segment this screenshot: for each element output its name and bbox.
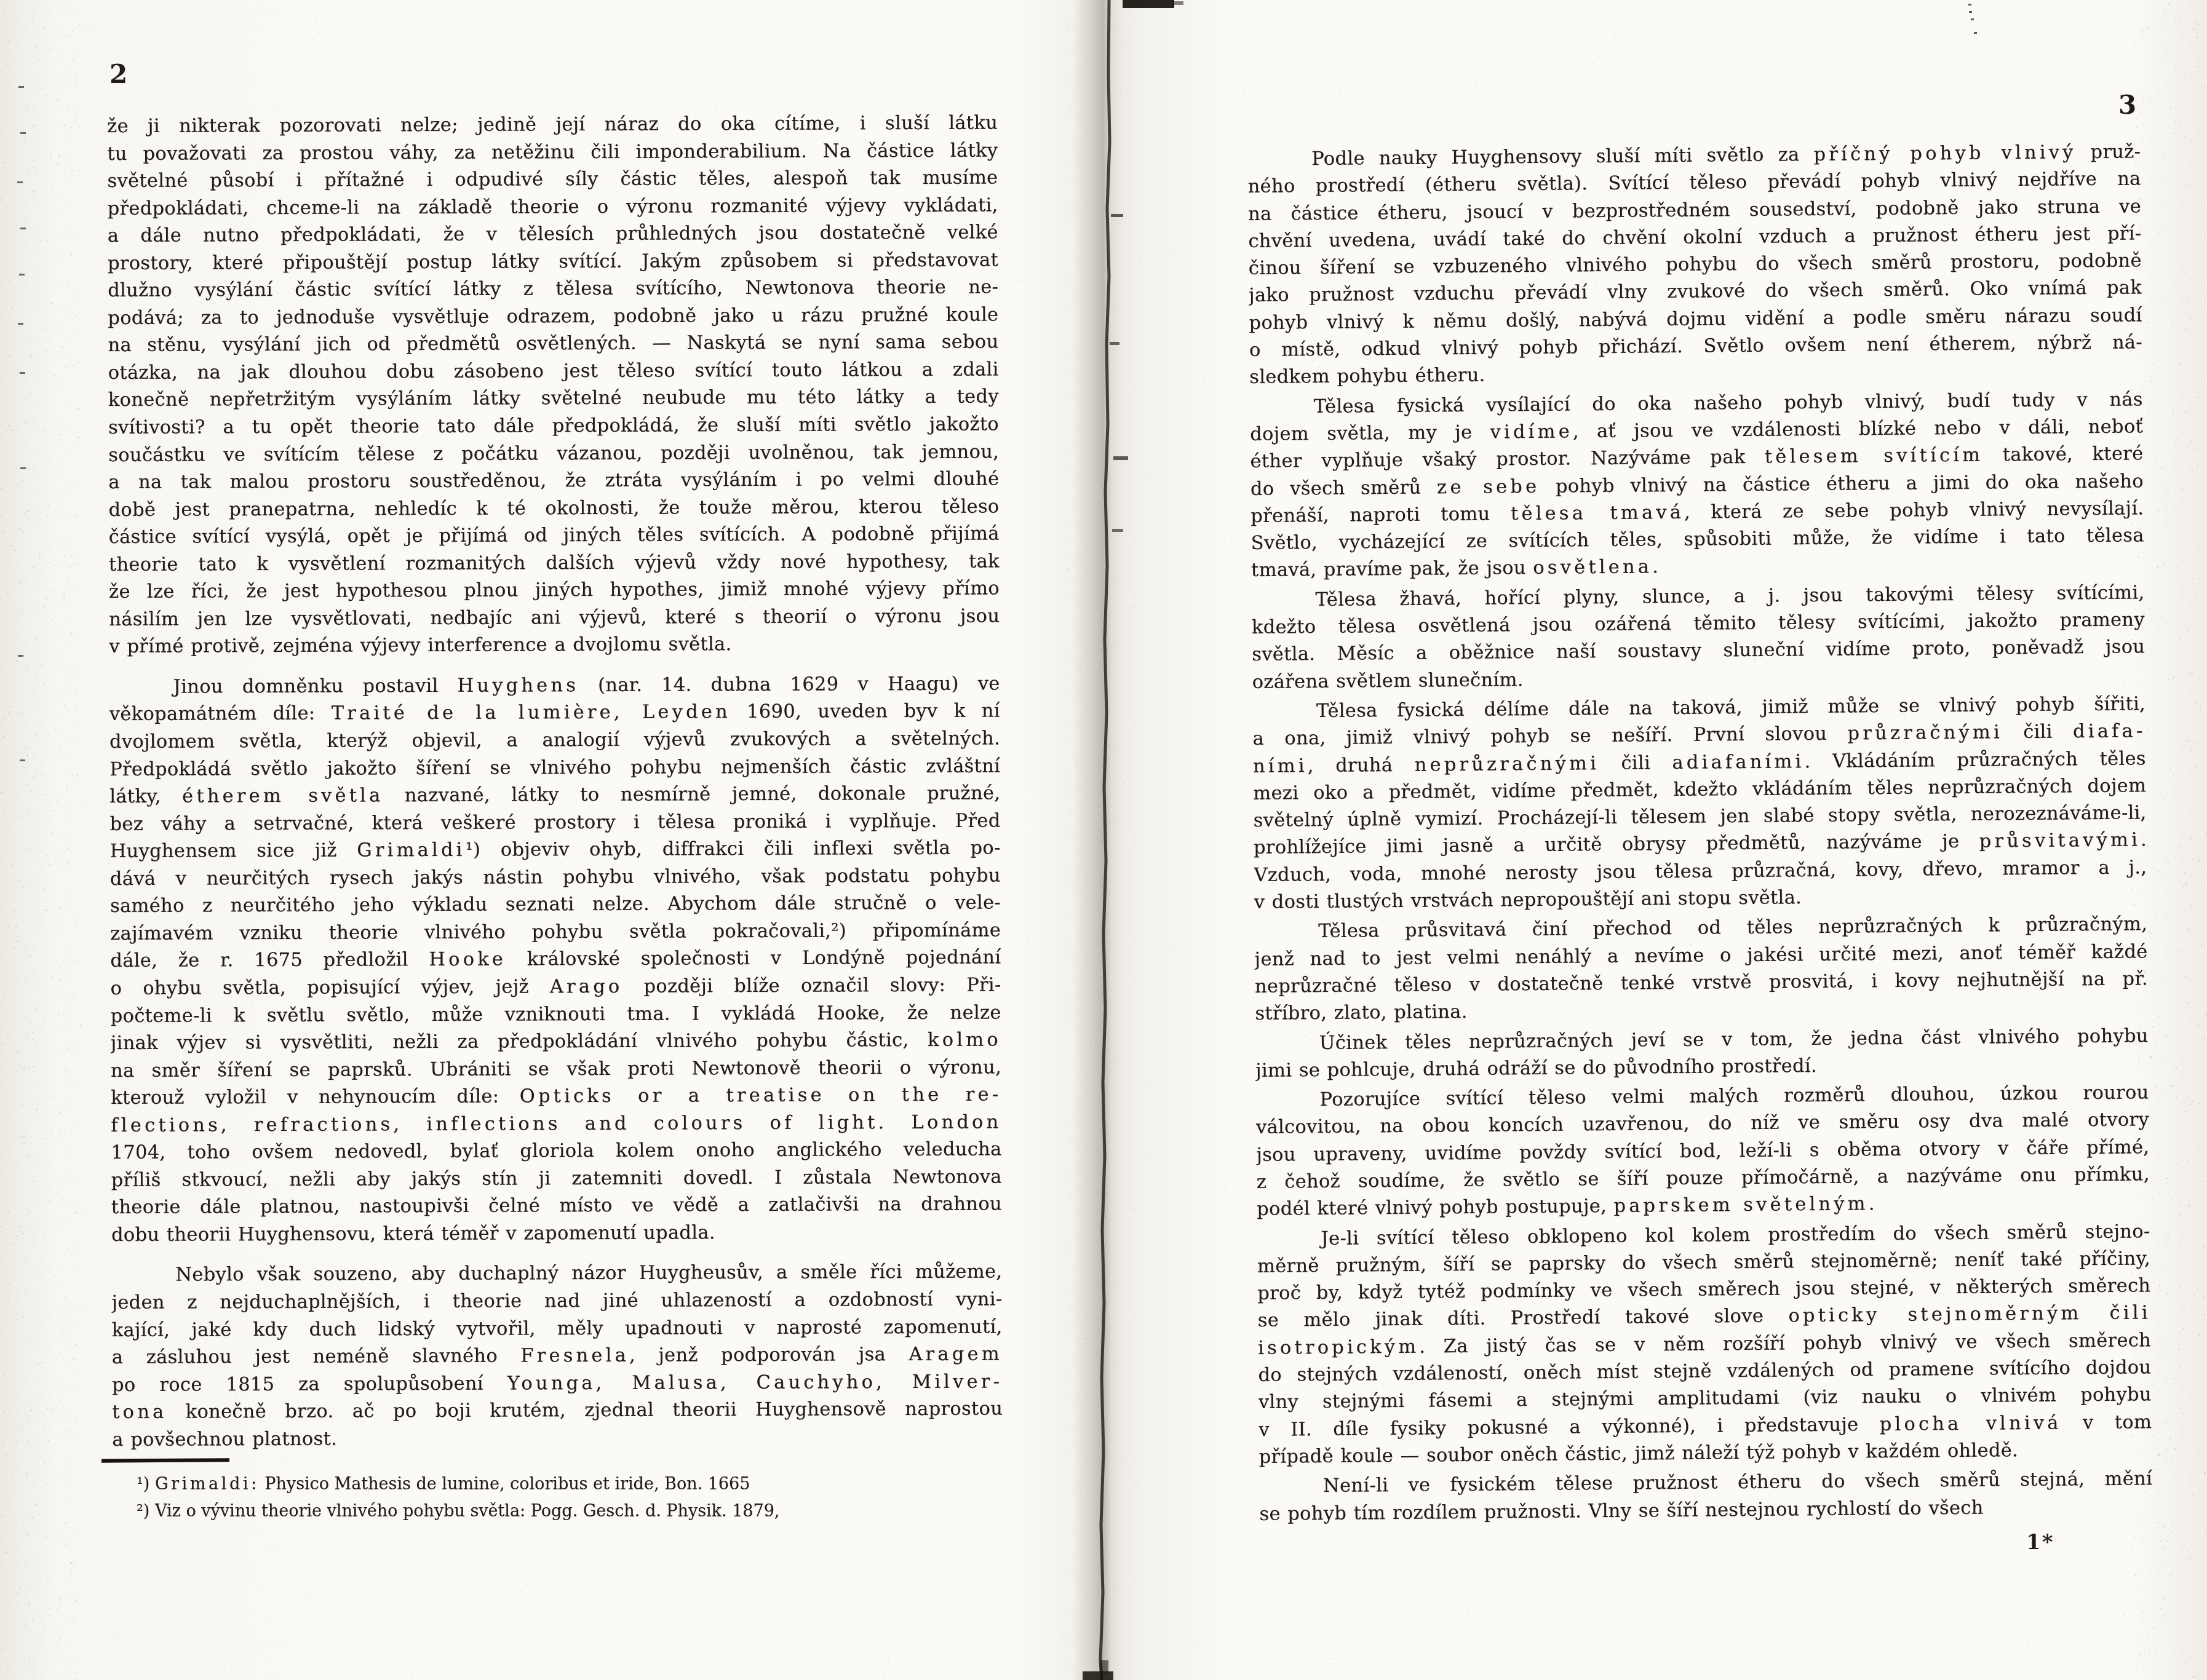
text-line: jinak výjev si vysvětliti, nežli za před…: [111, 1026, 1001, 1057]
letterspaced-run: Opticks or a treatise on the re-: [520, 1084, 1002, 1107]
letterspaced-run: Fresnela: [520, 1345, 629, 1367]
text-line: počteme-li k světlu světlo, může vznikno…: [111, 999, 1001, 1030]
gutter-shadow: [1073, 0, 1122, 1680]
text-line: kající, jaké kdy duch lidský vytvořil, m…: [112, 1313, 1003, 1344]
text-line: že ji nikterak pozorovati nelze; jedině …: [107, 109, 998, 140]
text-line: Předpokládá světlo jakožto šíření se vln…: [109, 753, 1000, 783]
letterspaced-run: étherem světla: [182, 785, 384, 807]
text-line: otázka, na jak dlouhou dobu zásobeno jes…: [108, 356, 999, 387]
letterspaced-run: neprůzračnými: [1414, 753, 1599, 776]
text-line: Jinou domněnku postavil Huyghens (nar. 1…: [109, 670, 1000, 701]
letterspaced-run: Younga, Malusa, Cauchyho, Milver-: [507, 1371, 1003, 1394]
letterspaced-run: Hooke: [429, 949, 506, 970]
text-line: dobu theorii Huyghensovu, která téměř v …: [111, 1218, 1002, 1249]
text-line: konečně nepřetržitým vysýláním látky svě…: [108, 384, 999, 414]
text-line: v přímé protivě, zejména výjevy interfer…: [109, 630, 1000, 661]
letterspaced-run: adiafaními: [1672, 751, 1804, 774]
letterspaced-run: plocha vlnivá: [1880, 1412, 2062, 1435]
letterspaced-run: opticky stejnoměrným čili: [1788, 1302, 2151, 1327]
text-line: světelné působí i přítažné i odpudivé sí…: [107, 165, 998, 196]
text-line: theorie dále platnou, nastoupivši čelné …: [111, 1191, 1002, 1222]
text-line: na stěnu, vysýlání jich od předmětů osvě…: [108, 329, 998, 360]
text-line: příliš stkvoucí, nežli aby jakýs stín ji…: [111, 1163, 1002, 1194]
text-line: samého z neurčitého jeho výkladu seznati…: [110, 890, 1001, 921]
letterspaced-run: tělesa tmavá: [1511, 502, 1684, 525]
paragraph: Je-li svítící těleso obklopeno kol kolem…: [1257, 1218, 2152, 1471]
paragraph: Tělesa fysická délíme dále na taková, ji…: [1252, 691, 2147, 916]
signature-mark: 1*: [2026, 1530, 2054, 1555]
letterspaced-run: tona: [112, 1401, 167, 1423]
paragraph: Jinou domněnku postavil Huyghens (nar. 1…: [109, 670, 1003, 1249]
text-line: bez váhy a setrvačné, která veškeré pros…: [109, 807, 1000, 838]
text-line: dvojlomem světla, kterýž objevil, a anal…: [109, 725, 1000, 756]
text-line: dává v neurčitých rysech jakýs nástin po…: [110, 862, 1001, 893]
text-line: podává; za to jednoduše vysvětluje odraz…: [108, 301, 998, 332]
page-right-text: Podle nauky Huyghensovy sluší míti světl…: [1247, 138, 2153, 1527]
text-line: věkopamátném díle: Traité de la lumière,…: [109, 698, 1000, 729]
book-scan: 2 že ji nikterak pozorovati nelze; jedin…: [0, 0, 2207, 1680]
letterspaced-run: flections, refractions, inflections and …: [111, 1111, 1001, 1136]
letterspaced-run: průzračnými: [1847, 722, 2003, 745]
text-line: o ohybu světla, popisující výjev, jejž A…: [110, 972, 1001, 1002]
letterspaced-run: osvětlena: [1533, 557, 1652, 579]
text-line: theorie tato k vysvětlení rozmanitých da…: [109, 548, 1000, 579]
text-line: 1704, toho ovšem nedovedl, bylať gloriol…: [111, 1136, 1001, 1167]
letterspaced-run: ze sebe: [1437, 475, 1540, 497]
footnote-rule: [101, 1458, 229, 1462]
letterspaced-run: paprskem světelným: [1613, 1194, 1869, 1218]
text-line: jeden z nejduchaplnějších, i theorie nad…: [111, 1286, 1002, 1317]
page-left-text: že ji nikterak pozorovati nelze; jedině …: [107, 109, 1003, 1454]
letterspaced-run: tělesem svítícím: [1765, 445, 1984, 468]
text-line: a dále nutno předpokládati, že v tělesíc…: [108, 220, 998, 250]
text-line: tona konečně brzo. ač po boji krutém, zj…: [112, 1396, 1003, 1427]
letterspaced-run: Traité de la lumière, Leyden: [332, 702, 731, 724]
paragraph: že ji nikterak pozorovati nelze; jedině …: [107, 109, 1000, 660]
paragraph: Tělesa průsvitavá činí přechod od těles …: [1254, 911, 2148, 1028]
letterspaced-run: isotropickým: [1258, 1336, 1419, 1358]
paragraph: Podle nauky Huyghensovy sluší míti světl…: [1247, 138, 2142, 391]
text-line: dále, že r. 1675 předložil Hooke královs…: [110, 945, 1001, 975]
letterspaced-run: příčný pohyb vlnivý: [1813, 141, 2076, 165]
page-left-footnotes: ¹) Grimaldi: Physico Mathesis de lumine,…: [107, 1471, 998, 1525]
letterspaced-run: průsvitavými: [1979, 830, 2141, 852]
text-line: že lze říci, že jest hypothesou plnou ji…: [109, 576, 1000, 606]
letterspaced-run: kolmo: [928, 1029, 1001, 1050]
letterspaced-run: diafa-: [2073, 721, 2146, 743]
text-line: látky, étherem světla nazvané, látky to …: [109, 780, 1000, 811]
text-line: svítivosti? a tu opět theorie tato dále …: [108, 411, 999, 442]
text-line: kterouž vyložil v nehynoucím díle: Optic…: [111, 1082, 1001, 1112]
text-line: dlužno vysýlání částic svítící látky z t…: [108, 274, 998, 305]
text-line: tu považovati za prostou váhy, za netěži…: [107, 137, 998, 168]
text-line: zajímavém vzniku theorie vlnivého pohybu…: [110, 917, 1001, 948]
paragraph: Nebylo však souzeno, aby duchaplný názor…: [111, 1259, 1003, 1454]
letterspaced-run: ními: [1253, 755, 1308, 777]
text-line: násilím jen lze vysvětlovati, nedbajíc a…: [109, 603, 1000, 633]
text-line: době jest pranepatrna, nehledíc k té oko…: [108, 493, 999, 524]
text-line: flections, refractions, inflections and …: [111, 1109, 1001, 1139]
paragraph: Účinek těles neprůzračných jeví se v tom…: [1255, 1023, 2149, 1085]
page-number-right: 3: [2118, 90, 2137, 120]
letterspaced-run: Grimaldi: [357, 839, 465, 862]
text-line: na směr šíření se paprsků. Ubrániti se v…: [111, 1054, 1001, 1085]
text-line: a zásluhou jest neméně slavného Fresnela…: [112, 1341, 1003, 1371]
letterspaced-run: Huyghens: [457, 675, 579, 697]
text-line: prostory, které připouštějí postup látky…: [108, 247, 998, 277]
letterspaced-run: Grimaldi:: [155, 1475, 260, 1494]
letterspaced-run: vidíme: [1490, 421, 1573, 443]
paragraph: Pozorujíce svítící těleso velmi malých r…: [1255, 1079, 2150, 1223]
paragraph: Tělesa fysická vysílající do oka našeho …: [1250, 386, 2145, 585]
paragraph: Není-li ve fysickém tělese pružnost éthe…: [1259, 1465, 2153, 1527]
text-line: a povšechnou platnost.: [112, 1423, 1003, 1454]
page-number-left: 2: [109, 59, 128, 89]
text-line: předpokládati, chceme-li na základě theo…: [108, 192, 998, 223]
text-line: Nebylo však souzeno, aby duchaplný názor…: [111, 1259, 1002, 1290]
footnote-line: ²) Viz o vývinu theorie vlnivého pohybu …: [107, 1498, 998, 1525]
paragraph: Tělesa žhavá, hořící plyny, slunce, a j.…: [1251, 579, 2145, 696]
text-line: po roce 1815 za spolupůsobení Younga, Ma…: [112, 1368, 1003, 1399]
text-line: Huyghensem sice již Grimaldi¹) objeviv o…: [110, 835, 1001, 866]
letterspaced-run: Arago: [550, 976, 623, 997]
letterspaced-run: Aragem: [909, 1343, 1003, 1365]
text-line: a na tak malou prostoru soustředěnou, že…: [108, 466, 999, 497]
text-line: součástku ve svítícím tělese z počátku v…: [108, 438, 999, 469]
footnote-line: ¹) Grimaldi: Physico Mathesis de lumine,…: [107, 1471, 998, 1498]
text-line: částice svítící vysýlá, opět je přijímá …: [109, 521, 1000, 552]
